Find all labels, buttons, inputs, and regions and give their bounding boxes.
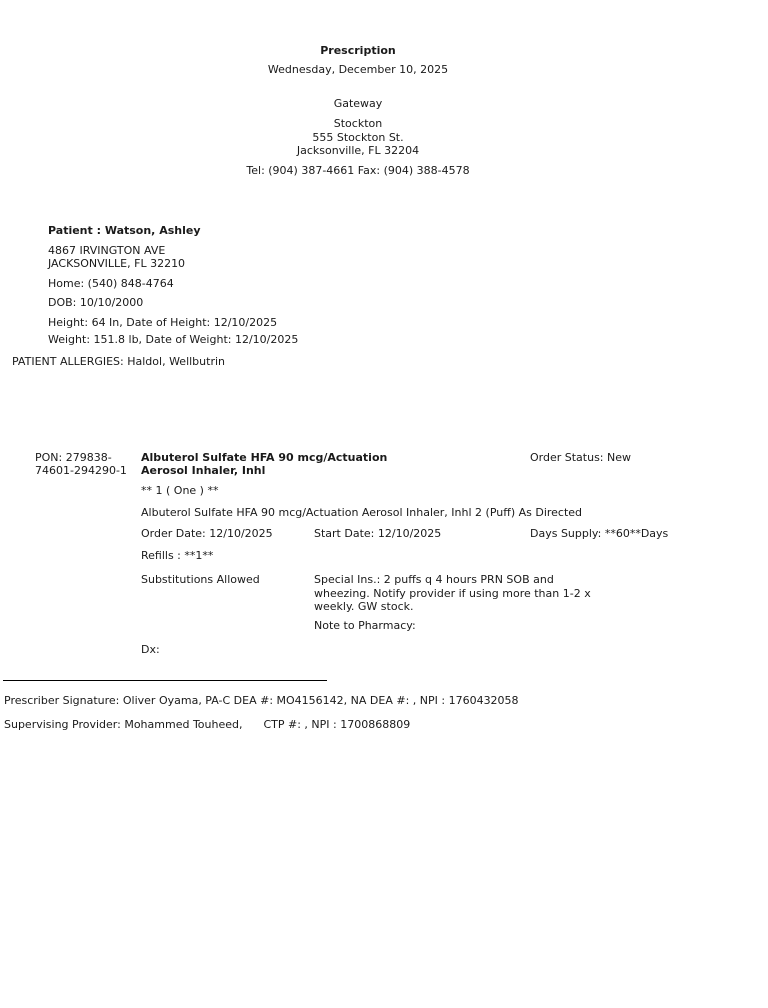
document-title: Prescription: [0, 44, 716, 58]
patient-weight: Weight: 151.8 lb, Date of Weight: 12/10/…: [48, 333, 298, 347]
drug-name-line2: Aerosol Inhaler, Inhl: [141, 464, 265, 478]
sig-directions: Albuterol Sulfate HFA 90 mcg/Actuation A…: [141, 506, 582, 520]
diagnosis: Dx:: [141, 643, 160, 657]
order-date: Order Date: 12/10/2025: [141, 527, 273, 541]
refills: Refills : **1**: [141, 549, 213, 563]
patient-address-line2: JACKSONVILLE, FL 32210: [48, 257, 185, 271]
patient-height: Height: 64 In, Date of Height: 12/10/202…: [48, 316, 277, 330]
patient-allergies: PATIENT ALLERGIES: Haldol, Wellbutrin: [12, 355, 225, 369]
supervising-provider: Supervising Provider: Mohammed Touheed, …: [4, 718, 410, 732]
organization-name: Gateway: [0, 97, 716, 111]
location-name: Stockton: [0, 117, 716, 131]
days-supply: Days Supply: **60**Days: [530, 527, 668, 541]
order-status: Order Status: New: [530, 451, 631, 465]
prescription-date: Wednesday, December 10, 2025: [0, 63, 716, 77]
patient-name: Patient : Watson, Ashley: [48, 224, 201, 238]
patient-dob: DOB: 10/10/2000: [48, 296, 143, 310]
location-address-line2: Jacksonville, FL 32204: [0, 144, 716, 158]
substitutions: Substitutions Allowed: [141, 573, 260, 587]
special-instructions: Special Ins.: 2 puffs q 4 hours PRN SOB …: [314, 573, 606, 614]
signature-line: [3, 680, 327, 681]
pon-line1: PON: 279838-: [35, 451, 112, 465]
drug-name-line1: Albuterol Sulfate HFA 90 mcg/Actuation: [141, 451, 387, 465]
note-to-pharmacy: Note to Pharmacy:: [314, 619, 416, 633]
location-phone-fax: Tel: (904) 387-4661 Fax: (904) 388-4578: [0, 164, 716, 178]
patient-address-line1: 4867 IRVINGTON AVE: [48, 244, 165, 258]
location-address-line1: 555 Stockton St.: [0, 131, 716, 145]
start-date: Start Date: 12/10/2025: [314, 527, 441, 541]
prescriber-signature: Prescriber Signature: Oliver Oyama, PA-C…: [4, 694, 519, 708]
patient-home-phone: Home: (540) 848-4764: [48, 277, 174, 291]
pon-line2: 74601-294290-1: [35, 464, 127, 478]
dispense-quantity: ** 1 ( One ) **: [141, 484, 218, 498]
